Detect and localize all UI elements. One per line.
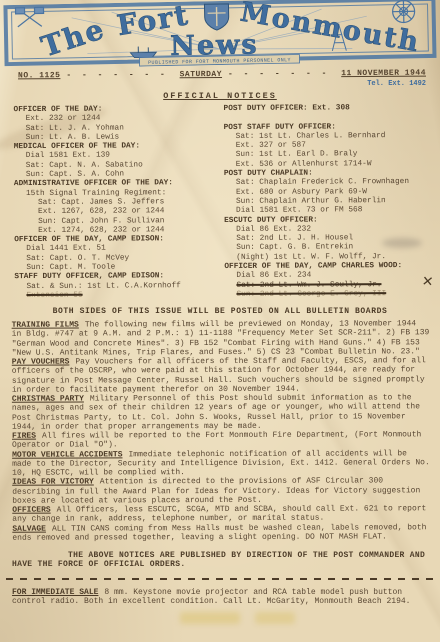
notice-for-immediate-sale: FOR IMMEDIATE SALE8 mm. Keystone movie p… [12, 588, 430, 607]
notice-body: ALL TIN CANS coming from Mess Halls must… [12, 523, 426, 543]
notice-title: TRAINING FILMS [12, 321, 79, 330]
notice-motor-vehicle-accidents: MOTOR VEHICLE ACCIDENTSImmediate telepho… [12, 449, 430, 478]
masthead: The Fort Monmouth News PUBLISHED FOR FOR… [1, 0, 438, 69]
handwritten-x-mark: ✕ [422, 277, 433, 287]
notice-title: MOTOR VEHICLE ACCIDENTS [12, 450, 122, 459]
notice-title: FIRES [12, 432, 36, 441]
paper-stain [255, 612, 295, 624]
telephone-extension: Tel. Ext. 1492 [0, 80, 426, 88]
publication-date: 11 NOVEMBER 1944 [341, 69, 426, 79]
notice-salvage: SALVAGEALL TIN CANS coming from Mess Hal… [12, 523, 430, 543]
notice-body: Pay Vouchers for all officers of the Sta… [12, 357, 426, 395]
roster-line: Sat: Chaplain Frederick C. Frownhagen [224, 178, 434, 188]
publication-day: SATURDAY [180, 70, 222, 79]
notice-ideas-for-victory: IDEAS FOR VICTORYAttention is directed t… [12, 477, 430, 506]
notice-pay-vouchers: PAY VOUCHERSPay Vouchers for all officer… [12, 357, 430, 395]
notice-title: SALVAGE [12, 524, 46, 533]
dash-rule: - - - - - - - - - - - - - - - - - - - - [228, 69, 335, 79]
bulletin-banner: BOTH SIDES OF THIS ISSUE WILL BE POSTED … [0, 307, 440, 316]
dateline: NO. 1125 - - - - - - - - - - - - - - - -… [18, 69, 426, 81]
notice-body: All Officers, less ESCUTC, SCGA, MTD and… [12, 505, 426, 525]
notice-title: CHRISTMAS PARTY [12, 395, 84, 404]
notice-title: OFFICERS [12, 506, 50, 515]
roster-line-struck: Sun: 2nd Lt. George E. Grey, III [224, 290, 434, 300]
notice-training-films: TRAINING FILMSThe following new films wi… [12, 320, 430, 358]
notice-title: IDEAS FOR VICTORY [12, 478, 94, 487]
notice-christmas-party: CHRISTMAS PARTYMilitary Personnel of thi… [12, 394, 430, 432]
dash-rule: - - - - - - - - - - - - - - - - - - - - [66, 70, 173, 80]
notice-fires: FIRESAll fires will be reported to the F… [12, 431, 430, 451]
notice-title: PAY VOUCHERS [12, 358, 70, 367]
newspaper-title-the: The [37, 12, 109, 64]
signal-flags-icon [15, 7, 43, 27]
post-commander-order: THE ABOVE NOTICES ARE PUBLISHED BY DIREC… [12, 551, 430, 570]
newspaper-title-monmouth: Monmouth [238, 0, 422, 58]
notice-title: FOR IMMEDIATE SALE [12, 588, 98, 597]
section-heading-official-notices: OFFICIAL NOTICES [0, 91, 440, 101]
official-notices-body: TRAINING FILMSThe following new films wi… [12, 320, 431, 543]
dashed-divider [6, 578, 434, 580]
wheel-emblem-icon [392, 0, 414, 22]
notice-officers: OFFICERSAll Officers, less ESCUTC, SCGA,… [12, 505, 430, 525]
duty-roster-right-column: POST DUTY OFFICER: Ext. 308 POST STAFF D… [223, 104, 434, 300]
notice-body: All fires will be reported to the Fort M… [12, 431, 421, 451]
duty-roster: OFFICER OF THE DAY: Ext. 232 or 1244 Sat… [13, 104, 434, 301]
roster-line-faded: Extension 55 [14, 291, 224, 301]
issue-number: NO. 1125 [18, 71, 60, 80]
shield-crest-icon [204, 4, 228, 30]
duty-roster-left-column: OFFICER OF THE DAY: Ext. 232 or 1244 Sat… [13, 105, 224, 301]
paper-stain [180, 612, 240, 624]
